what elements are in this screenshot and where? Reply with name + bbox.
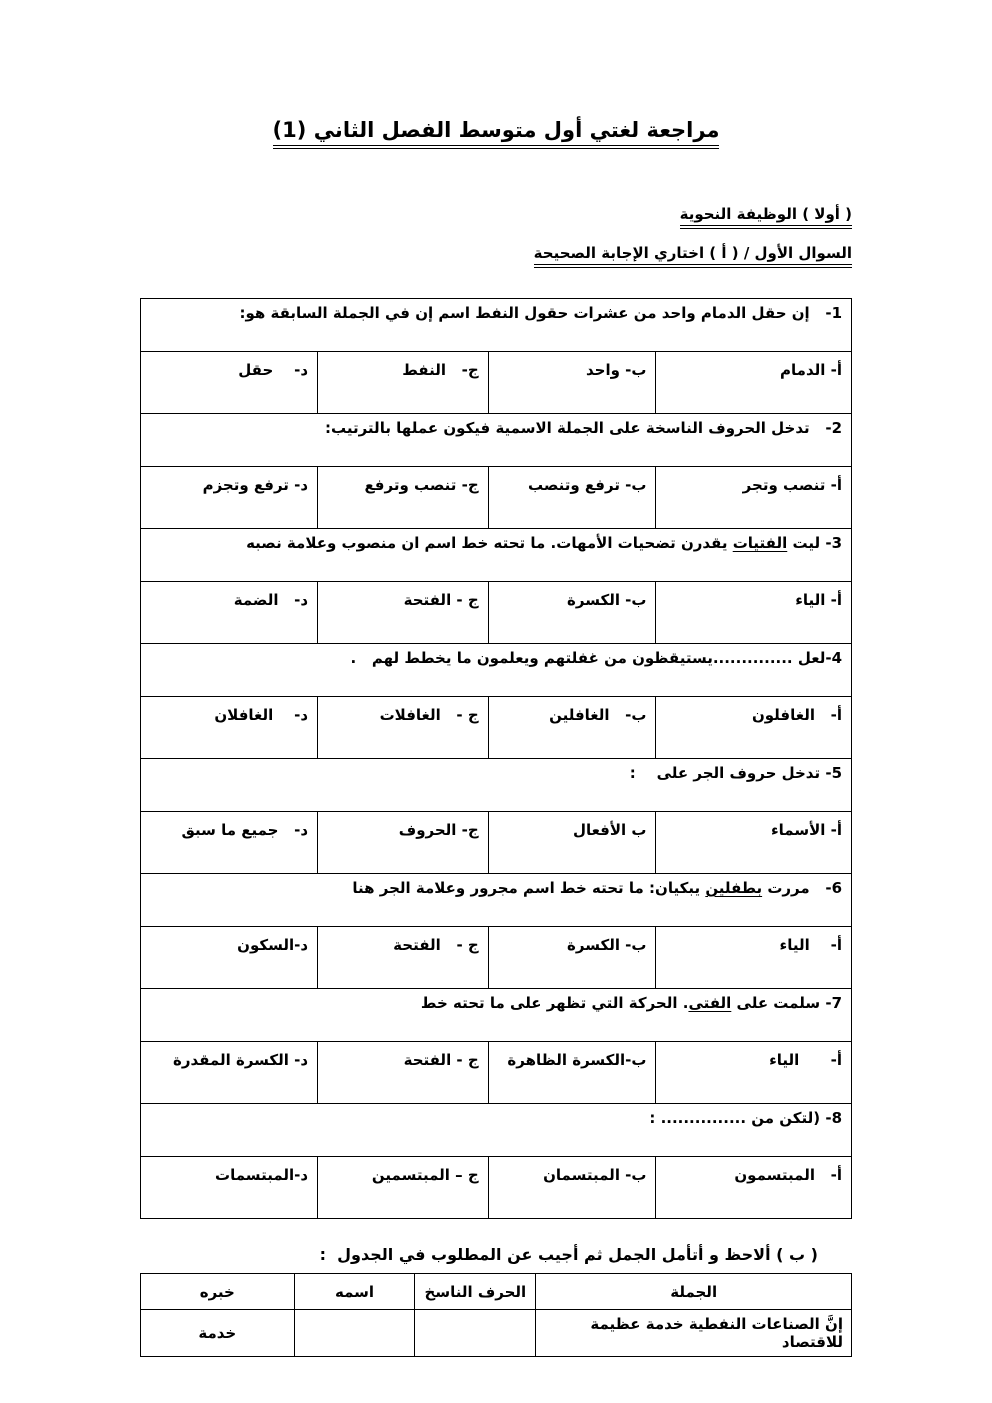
analysis-table: الجملة الحرف الناسخ اسمه خبره إنَّ الصنا… bbox=[140, 1273, 852, 1357]
question-1-option-d: د- حقل bbox=[141, 352, 318, 414]
question-7-option-d: د- الكسرة المقدرة bbox=[141, 1042, 318, 1104]
question-8-row: 8- (لتكن من ............... : bbox=[141, 1104, 852, 1157]
section-b-heading: ( ب ) ألاحظ و أتأمل الجمل ثم أجيب عن الم… bbox=[140, 1245, 852, 1264]
question-3-option-c: ج - الفتحة bbox=[318, 582, 489, 644]
question-8-option-d: د-المبتسمات bbox=[141, 1157, 318, 1219]
question-2-option-d: د- ترفع وتجزم bbox=[141, 467, 318, 529]
question-4-option-b: ب- الغافلين bbox=[488, 697, 656, 759]
section-first-heading: ( أولا ) الوظيفة النحوية bbox=[680, 205, 852, 229]
question-1-option-c: ج- النفط bbox=[318, 352, 489, 414]
question-2-row: 2- تدخل الحروف الناسخة على الجملة الاسمي… bbox=[141, 414, 852, 467]
section-first-heading-row: ( أولا ) الوظيفة النحوية bbox=[140, 205, 852, 229]
question-7-option-b: ب-الكسرة الظاهرة bbox=[488, 1042, 656, 1104]
analysis-cell-nasikh bbox=[415, 1310, 536, 1357]
question-6-options-row: أ- الياء ب- الكسرة ج - الفتحة د-السكون bbox=[141, 927, 852, 989]
question-4-text: 4-لعل ..............يستيقظون من غفلتهم و… bbox=[141, 644, 852, 697]
question-4-option-a: أ- الغافلون bbox=[656, 697, 852, 759]
question-3-row: 3- ليت الفتيات يقدرن تضحيات الأمهات. ما … bbox=[141, 529, 852, 582]
question-6-option-d: د-السكون bbox=[141, 927, 318, 989]
question-1-pre: 1- إن حقل الدمام واحد من عشرات حقول النف… bbox=[239, 304, 842, 322]
analysis-col-nasikh: الحرف الناسخ bbox=[415, 1274, 536, 1310]
question-3-underlined: الفتيات bbox=[733, 534, 788, 552]
question-5-pre: 5- تدخل حروف الجر على : bbox=[630, 764, 842, 782]
analysis-col-sentence: الجملة bbox=[536, 1274, 852, 1310]
question-6-underlined: بطفلين bbox=[705, 879, 762, 897]
question-5-option-d: د- جميع ما سبق bbox=[141, 812, 318, 874]
page-title: مراجعة لغتي أول متوسط الفصل الثاني (1) bbox=[273, 118, 720, 149]
question-3-text: 3- ليت الفتيات يقدرن تضحيات الأمهات. ما … bbox=[141, 529, 852, 582]
question-2-option-c: ج- تنصب وترفع bbox=[318, 467, 489, 529]
analysis-col-ism: اسمه bbox=[294, 1274, 415, 1310]
question-3-options-row: أ- الياء ب- الكسرة ج - الفتحة د- الضمة bbox=[141, 582, 852, 644]
question-3-option-d: د- الضمة bbox=[141, 582, 318, 644]
question-5-option-b: ب الأفعال bbox=[488, 812, 656, 874]
question-8-option-b: ب- المبتسمان bbox=[488, 1157, 656, 1219]
question-3-pre: 3- ليت bbox=[787, 534, 842, 552]
question-5-row: 5- تدخل حروف الجر على : bbox=[141, 759, 852, 812]
question-6-option-a: أ- الياء bbox=[656, 927, 852, 989]
question-7-underlined: الفتى bbox=[688, 994, 731, 1012]
question-7-post: . الحركة التي تظهر على ما تحته خط bbox=[421, 994, 689, 1012]
analysis-cell-ism bbox=[294, 1310, 415, 1357]
question-1-option-a: أ- الدمام bbox=[656, 352, 852, 414]
question-1-text: 1- إن حقل الدمام واحد من عشرات حقول النف… bbox=[141, 299, 852, 352]
question-8-option-a: أ- المبتسمون bbox=[656, 1157, 852, 1219]
analysis-cell-khabar: خدمة bbox=[141, 1310, 295, 1357]
question-6-post: يبكيان: ما تحته خط اسم مجرور وعلامة الجر… bbox=[352, 879, 705, 897]
question-4-pre: 4-لعل ..............يستيقظون من غفلتهم و… bbox=[351, 649, 843, 667]
question-7-text: 7- سلمت على الفتى. الحركة التي تظهر على … bbox=[141, 989, 852, 1042]
question-3-option-b: ب- الكسرة bbox=[488, 582, 656, 644]
question-4-option-c: ج - الغافلات bbox=[318, 697, 489, 759]
question-8-text: 8- (لتكن من ............... : bbox=[141, 1104, 852, 1157]
question-4-option-d: د- الغافلان bbox=[141, 697, 318, 759]
question-6-text: 6- مررت بطفلين يبكيان: ما تحته خط اسم مج… bbox=[141, 874, 852, 927]
question-2-option-a: أ- تنصب وتجر bbox=[656, 467, 852, 529]
question-7-option-a: أ- الياء bbox=[656, 1042, 852, 1104]
question-1-row: 1- إن حقل الدمام واحد من عشرات حقول النف… bbox=[141, 299, 852, 352]
question-5-option-a: أ- الأسماء bbox=[656, 812, 852, 874]
question-7-row: 7- سلمت على الفتى. الحركة التي تظهر على … bbox=[141, 989, 852, 1042]
question-7-option-c: ج - الفتحة bbox=[318, 1042, 489, 1104]
question-7-pre: 7- سلمت على bbox=[731, 994, 842, 1012]
worksheet-page: مراجعة لغتي أول متوسط الفصل الثاني (1) (… bbox=[0, 0, 992, 1403]
question-one-heading-row: السوال الأول / ( أ ) اختاري الإجابة الصح… bbox=[140, 244, 852, 268]
question-6-option-b: ب- الكسرة bbox=[488, 927, 656, 989]
analysis-cell-sentence: إنَّ الصناعات النفطية خدمة عظيمة للاقتصا… bbox=[536, 1310, 852, 1357]
analysis-header-row: الجملة الحرف الناسخ اسمه خبره bbox=[141, 1274, 852, 1310]
question-one-heading: السوال الأول / ( أ ) اختاري الإجابة الصح… bbox=[534, 244, 852, 268]
question-1-options-row: أ- الدمام ب- واحد ج- النفط د- حقل bbox=[141, 352, 852, 414]
question-5-text: 5- تدخل حروف الجر على : bbox=[141, 759, 852, 812]
question-8-options-row: أ- المبتسمون ب- المبتسمان ج – المبتسمين … bbox=[141, 1157, 852, 1219]
question-8-pre: 8- (لتكن من ............... : bbox=[649, 1109, 842, 1127]
question-2-pre: 2- تدخل الحروف الناسخة على الجملة الاسمي… bbox=[325, 419, 842, 437]
question-3-post: يقدرن تضحيات الأمهات. ما تحته خط اسم ان … bbox=[246, 534, 733, 552]
analysis-col-khabar: خبره bbox=[141, 1274, 295, 1310]
question-6-option-c: ج - الفتحة bbox=[318, 927, 489, 989]
question-6-row: 6- مررت بطفلين يبكيان: ما تحته خط اسم مج… bbox=[141, 874, 852, 927]
question-4-options-row: أ- الغافلون ب- الغافلين ج - الغافلات د- … bbox=[141, 697, 852, 759]
question-6-pre: 6- مررت bbox=[762, 879, 842, 897]
question-3-option-a: أ- الياء bbox=[656, 582, 852, 644]
question-7-options-row: أ- الياء ب-الكسرة الظاهرة ج - الفتحة د- … bbox=[141, 1042, 852, 1104]
question-2-options-row: أ- تنصب وتجر ب- ترفع وتنصب ج- تنصب وترفع… bbox=[141, 467, 852, 529]
question-2-text: 2- تدخل الحروف الناسخة على الجملة الاسمي… bbox=[141, 414, 852, 467]
mcq-table: 1- إن حقل الدمام واحد من عشرات حقول النف… bbox=[140, 298, 852, 1219]
question-8-option-c: ج – المبتسمين bbox=[318, 1157, 489, 1219]
question-1-option-b: ب- واحد bbox=[488, 352, 656, 414]
question-2-option-b: ب- ترفع وتنصب bbox=[488, 467, 656, 529]
question-4-row: 4-لعل ..............يستيقظون من غفلتهم و… bbox=[141, 644, 852, 697]
analysis-data-row: إنَّ الصناعات النفطية خدمة عظيمة للاقتصا… bbox=[141, 1310, 852, 1357]
question-5-options-row: أ- الأسماء ب الأفعال ج- الحروف د- جميع م… bbox=[141, 812, 852, 874]
title-row: مراجعة لغتي أول متوسط الفصل الثاني (1) bbox=[0, 118, 992, 149]
question-5-option-c: ج- الحروف bbox=[318, 812, 489, 874]
